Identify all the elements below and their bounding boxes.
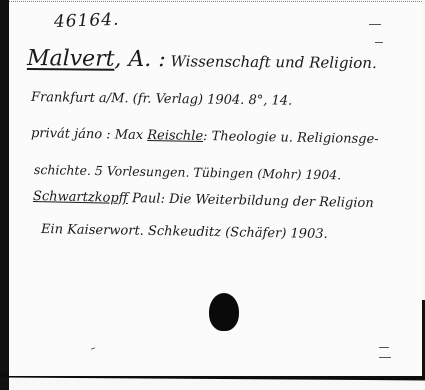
- entry-1-heading: Malvert, A. : Wissenschaft und Religion.: [27, 46, 377, 74]
- entry-2-title: : Theologie u. Religionsge-: [203, 129, 379, 147]
- entry-3-heading: Schwartzkopff Paul: Die Weiterbildung de…: [33, 189, 374, 211]
- scan-noise: [369, 24, 381, 25]
- scan-noise: [91, 347, 95, 349]
- entry-1-title: Wissenschaft und Religion.: [166, 52, 377, 72]
- entry-2-continuation: schichte. 5 Vorlesungen. Tübingen (Mohr)…: [34, 162, 341, 182]
- entry-3-title: Die Weiterbildung der Religion: [165, 192, 374, 211]
- entry-3-author-surname: Schwartzkopff: [33, 189, 128, 206]
- entry-3-author-forename: Paul:: [128, 191, 165, 207]
- scan-noise: [379, 347, 389, 348]
- entry-2-author-surname: Reischle: [147, 128, 203, 144]
- call-number: 46164.: [54, 10, 120, 32]
- scan-noise: [379, 357, 391, 358]
- catalog-card: 46164. Malvert, A. : Wissenschaft und Re…: [9, 1, 422, 376]
- entry-2-heading: privát jáno : Max Reischle: Theologie u.…: [31, 126, 379, 147]
- entry-2-prefix: privát jáno : Max: [31, 126, 148, 143]
- entry-1-author-initial: , A. :: [114, 47, 165, 72]
- entry-1-author-surname: Malvert: [27, 46, 115, 72]
- scan-left-border: [0, 0, 9, 390]
- entry-1-imprint: Frankfurt a/M. (fr. Verlag) 1904. 8°, 14…: [31, 90, 292, 109]
- entry-3-continuation: Ein Kaiserwort. Schkeuditz (Schäfer) 190…: [41, 222, 328, 242]
- scan-noise: [375, 42, 383, 43]
- card-punch-hole: [209, 293, 239, 331]
